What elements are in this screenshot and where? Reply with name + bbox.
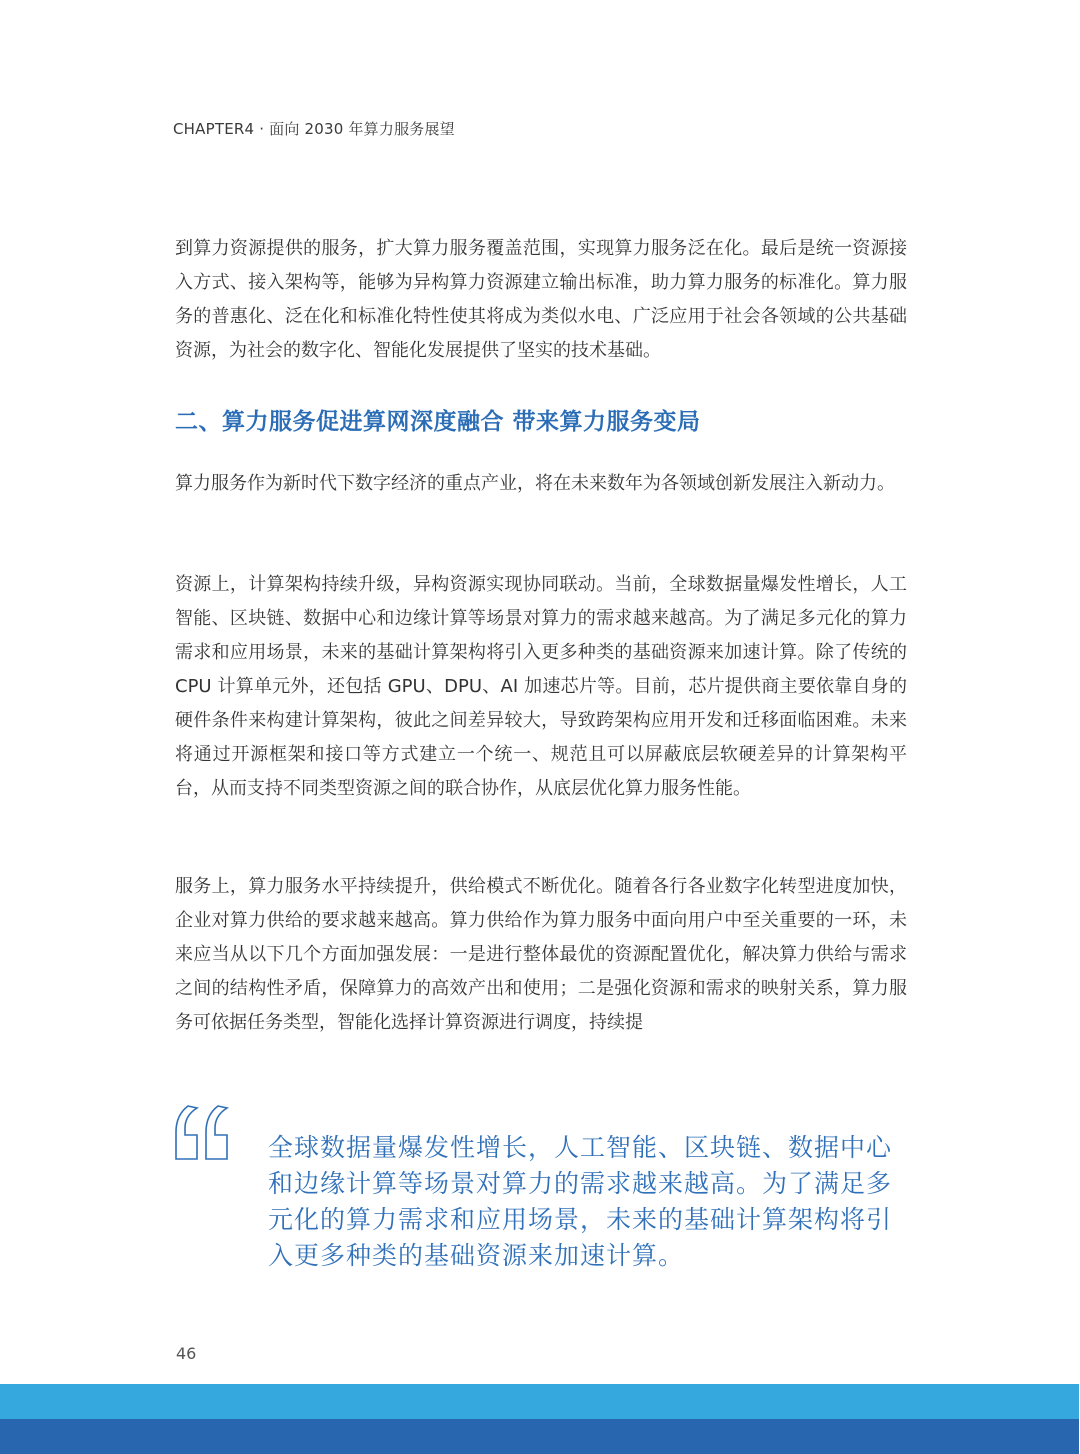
page-number: 46 [176,1344,196,1363]
paragraph-intro: 算力服务作为新时代下数字经济的重点产业，将在未来数年为各领域创新发展注入新动力。 [175,467,907,501]
footer-band-light [0,1384,1079,1419]
section-heading: 二、算力服务促进算网深度融合 带来算力服务变局 [175,403,701,436]
running-header: CHAPTER4 · 面向 2030 年算力服务展望 [173,118,455,139]
paragraph-resources: 资源上，计算架构持续升级，异构资源实现协同联动。当前，全球数据量爆发性增长，人工… [175,568,907,806]
quote-open-icon [174,1104,232,1162]
paragraph-services: 服务上，算力服务水平持续提升，供给模式不断优化。随着各行各业数字化转型进度加快，… [175,870,907,1040]
footer-band-dark [0,1419,1079,1454]
pull-quote: 全球数据量爆发性增长，人工智能、区块链、数据中心和边缘计算等场景对算力的需求越来… [268,1130,908,1274]
paragraph-continued: 到算力资源提供的服务，扩大算力服务覆盖范围，实现算力服务泛在化。最后是统一资源接… [175,232,907,368]
